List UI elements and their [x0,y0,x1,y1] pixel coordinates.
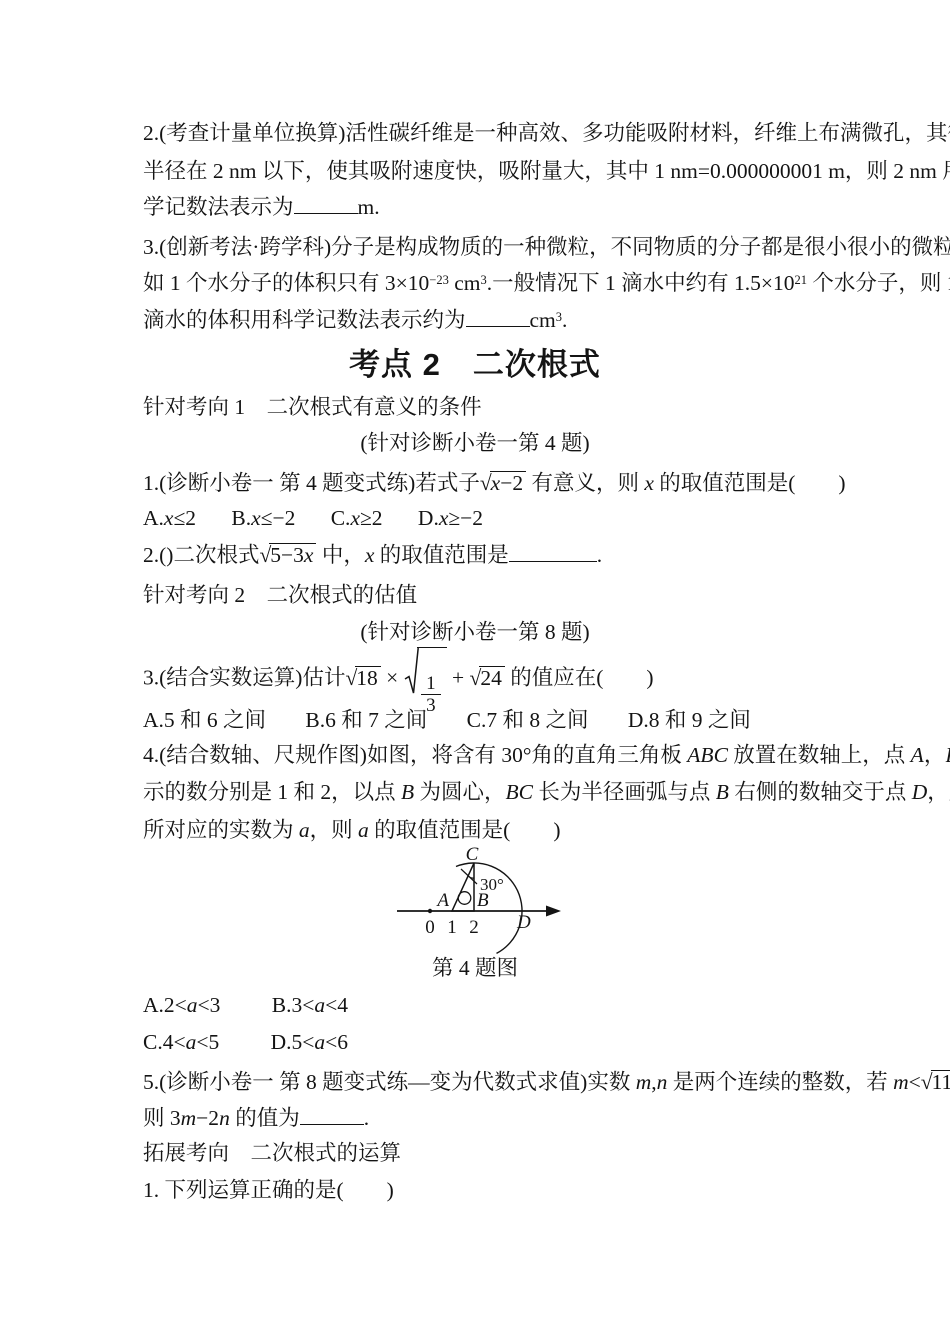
problem3-end: . [562,308,567,332]
q1-var: x [644,471,654,495]
q4-l2-d1: D [912,780,928,804]
q5-n1: n [657,1070,668,1094]
answer-blank [509,559,597,562]
q4-l1a: 4.(结合数轴、尺规作图)如图，将含有 30°角的直角三角板 [143,743,687,767]
problem3-line2: 如 1 个水分子的体积只有 3×10−23 cm3.一般情况下 1 滴水中约有 … [143,265,873,301]
opt-var: a [186,1030,197,1054]
q1-mid: 有意义，则 [526,471,644,495]
q5-m2: m [893,1070,909,1094]
q1-pre: 1.(诊断小卷一 第 4 题变式练)若式子 [143,471,480,495]
opt-rest: ≥−2 [448,506,483,530]
option-a: A.x≤2 [143,506,196,530]
small-circle-mark [458,892,471,905]
q3-pre: 3.(结合实数运算)估计 [143,666,345,690]
option-b: B.6 和 7 之间 [305,708,427,732]
q4-l2d: 右侧的数轴交于点 [729,780,912,804]
q2-rad-a: 5−3 [270,543,304,567]
q1-post: 的取值范围是( ) [654,471,846,495]
q5-m3: m [181,1106,197,1130]
opt-rest: <3 [198,993,221,1017]
label-1: 1 [447,917,457,938]
q5-n3: n [219,1106,230,1130]
q3-options: A.5 和 6 之间 B.6 和 7 之间 C.7 和 8 之间 D.8 和 9… [143,702,873,738]
opt-label: C. [331,506,351,530]
sqrt-expression: √x−2 [480,471,526,495]
q5-l1a: 5.(诊断小卷一 第 8 题变式练—变为代数式求值)实数 [143,1070,636,1094]
q4-l3-a2: a [358,818,369,842]
opt-rest: ≤−2 [261,506,296,530]
q4-l2a: 示的数分别是 1 和 2，以点 [143,780,401,804]
opt-var: a [187,993,198,1017]
q5-l1c: 是两个连续的整数，若 [667,1070,893,1094]
ext-q1-line: 1. 下列运算正确的是( ) [143,1172,873,1208]
opt-label: A.2< [143,993,187,1017]
problem3-l3pre: 滴水的体积用科学记数法表示约为 [143,308,466,332]
q5-l2c: 的值为 [230,1106,300,1130]
q2-line: 2.()二次根式√5−3x 中，x 的取值范围是. [143,537,873,573]
problem3-l2d: 个水分子，则 1 [807,271,950,295]
q5-line2: 则 3m−2n 的值为. [143,1100,873,1136]
problem3-unit: cm [530,308,556,332]
q3-rad1: 18 [355,666,381,691]
q4-options-row2: C.4<a<5 D.5<a<6 [143,1024,873,1060]
problem2-line2: 半径在 2 nm 以下，使其吸附速度快，吸附量大，其中 1 nm=0.00000… [143,153,873,189]
figure-svg: C A B D 30° 0 1 2 [388,842,588,964]
opt-rest: <6 [325,1030,348,1054]
q3-post: 的值应在( ) [505,666,654,690]
q4-line1: 4.(结合数轴、尺规作图)如图，将含有 30°角的直角三角板 ABC 放置在数轴… [143,737,873,773]
option-d: D.x≥−2 [418,506,483,530]
q5-line1: 5.(诊断小卷一 第 8 题变式练—变为代数式求值)实数 m,n 是两个连续的整… [143,1064,873,1100]
q1-rad-rest: −2 [500,471,523,495]
opt-rest: <4 [325,993,348,1017]
sqrt-expression: √11 [921,1070,950,1094]
option-a: A.2<a<3 [143,993,220,1017]
option-a: A.5 和 6 之间 [143,708,266,732]
option-c: C.x≥2 [331,506,383,530]
q4-options-row1: A.2<a<3 B.3<a<4 [143,987,873,1023]
q4-l2c: 长为半径画弧与点 [533,780,716,804]
opt-label: B. [231,506,251,530]
exponent: 21 [795,273,808,287]
q4-l1-b: B [945,743,950,767]
opt-label: C.4< [143,1030,186,1054]
label-angle-30: 30° [480,875,504,894]
q2-pre: 2.()二次根式 [143,543,259,567]
q4-l1-abc: ABC [687,743,728,767]
opt-label: D. [418,506,439,530]
q5-end: . [364,1106,369,1130]
problem2-line1: 2.(考查计量单位换算)活性碳纤维是一种高效、多功能吸附材料，纤维上布满微孔，其… [143,115,873,151]
q3-rad2: 24 [479,666,505,691]
answer-blank [466,324,530,327]
opt-var: a [314,993,325,1017]
opt-var: x [439,506,449,530]
opt-label: D.5< [271,1030,315,1054]
q2-rad-var: x [304,543,314,567]
axis-arrowhead [546,906,561,917]
sqrt-expression: √5−3x [259,543,316,567]
sqrt-expression: √24 [470,666,505,690]
option-c: C.7 和 8 之间 [467,708,589,732]
q4-l2-b1: B [401,780,414,804]
q4-l3b: ，则 [310,818,358,842]
label-2: 2 [469,917,479,938]
label-d: D [516,912,531,933]
problem3-line3: 滴水的体积用科学记数法表示约为cm3. [143,302,873,338]
opt-rest: ≥2 [360,506,383,530]
q1-options: A.x≤2 B.x≤−2 C.x≥2 D.x≥−2 [143,500,873,536]
option-b: B.x≤−2 [231,506,295,530]
q2-var: x [365,543,375,567]
problem3-l2b: cm [449,271,481,295]
opt-var: a [314,1030,325,1054]
option-d: D.8 和 9 之间 [628,708,751,732]
q3-plus: + [447,666,470,690]
problem2-line3: 学记数法表示为m. [143,189,873,225]
problem2-line3-text: 学记数法表示为 [143,195,294,219]
sqrt-expression: √18 [345,666,380,690]
q5-l2b: −2 [196,1106,219,1130]
subheading-tuozhan: 拓展考向 二次根式的运算 [143,1135,873,1171]
q5-rad: 11 [931,1070,950,1095]
opt-var: x [251,506,261,530]
q2-post: 的取值范围是 [374,543,508,567]
label-0: 0 [425,917,435,938]
problem3-l2c: .一般情况下 1 滴水中约有 1.5×10 [487,271,795,295]
fraction-numerator: 1 [421,673,441,694]
opt-label: A. [143,506,164,530]
answer-blank [294,211,358,214]
subheading-kaoxiang2: 针对考向 2 二次根式的估值 [143,577,873,613]
figure-caption: 第 4 题图 [0,950,950,986]
q1-rad-var: x [491,471,501,495]
source-note-4: (针对诊断小卷一第 4 题) [0,425,950,461]
q1-line: 1.(诊断小卷一 第 4 题变式练)若式子√x−2 有意义，则 x 的取值范围是… [143,465,873,501]
q4-l1-a: A [911,743,924,767]
q4-l3a: 所对应的实数为 [143,818,299,842]
q4-l3c: 的取值范围是( ) [369,818,561,842]
q4-l1c: ， [924,743,946,767]
q5-l2a: 则 3 [143,1106,181,1130]
label-a: A [435,890,449,911]
problem3-line1: 3.(创新考法·跨学科)分子是构成物质的一种微粒，不同物质的分子都是很小很小的微… [143,229,873,265]
subheading-kaoxiang1: 针对考向 1 二次根式有意义的条件 [143,389,873,425]
origin-dot [428,909,432,913]
problem2-unit: m. [358,195,380,219]
opt-rest: <5 [196,1030,219,1054]
problem3-l2a: 如 1 个水分子的体积只有 3×10 [143,271,429,295]
label-c: C [466,844,479,865]
exponent: −23 [429,273,449,287]
section-heading: 考点 2 二次根式 [0,345,950,385]
option-c: C.4<a<5 [143,1030,219,1054]
q2-mid: 中， [316,543,364,567]
q2-end: . [597,543,602,567]
q4-l2-b2: B [716,780,729,804]
q4-l1b: 放置在数轴上，点 [728,743,911,767]
opt-label: B.3< [272,993,315,1017]
q5-lt: < [909,1070,921,1094]
q4-line2: 示的数分别是 1 和 2，以点 B 为圆心，BC 长为半径画弧与点 B 右侧的数… [143,774,873,810]
q4-l2-bc: BC [506,780,533,804]
q5-m1: m [636,1070,652,1094]
q4-l2b: 为圆心， [414,780,505,804]
option-d: D.5<a<6 [271,1030,348,1054]
q4-l2e: ，点 [927,780,950,804]
option-b: B.3<a<4 [272,993,348,1017]
answer-blank [300,1122,364,1125]
opt-var: x [350,506,360,530]
opt-rest: ≤2 [173,506,196,530]
q3-times: × [381,666,404,690]
q4-l3-a1: a [299,818,310,842]
